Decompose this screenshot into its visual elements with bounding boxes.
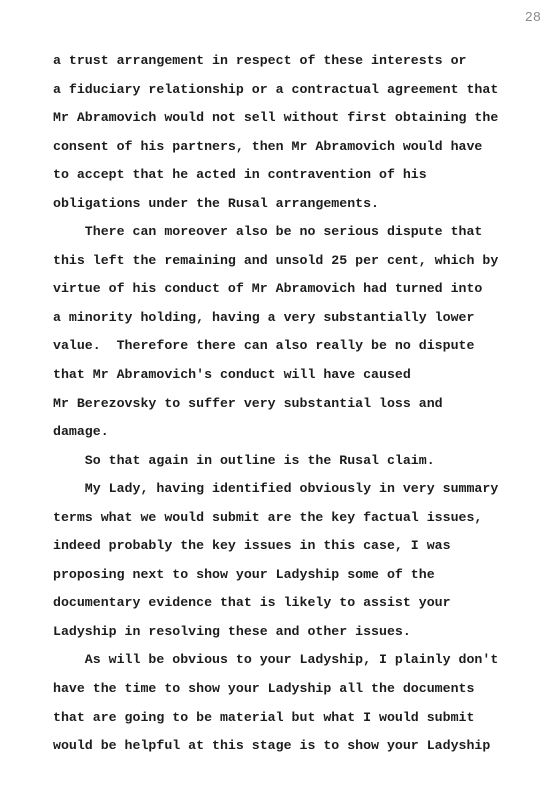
transcript-line: value. Therefore there can also really b… xyxy=(53,332,498,361)
transcript-line: virtue of his conduct of Mr Abramovich h… xyxy=(53,275,498,304)
transcript-body: a trust arrangement in respect of these … xyxy=(53,47,498,761)
transcript-line: a trust arrangement in respect of these … xyxy=(53,47,498,76)
transcript-line: terms what we would submit are the key f… xyxy=(53,504,498,533)
transcript-line: Mr Berezovsky to suffer very substantial… xyxy=(53,390,498,419)
page-number: 28 xyxy=(525,11,541,26)
transcript-line: As will be obvious to your Ladyship, I p… xyxy=(53,646,498,675)
transcript-line: documentary evidence that is likely to a… xyxy=(53,589,498,618)
transcript-line: My Lady, having identified obviously in … xyxy=(53,475,498,504)
transcript-line: a minority holding, having a very substa… xyxy=(53,304,498,333)
transcript-line: obligations under the Rusal arrangements… xyxy=(53,190,498,219)
transcript-line: damage. xyxy=(53,418,498,447)
transcript-line: There can moreover also be no serious di… xyxy=(53,218,498,247)
transcript-line: Mr Abramovich would not sell without fir… xyxy=(53,104,498,133)
transcript-page: 28 a trust arrangement in respect of the… xyxy=(0,0,558,789)
transcript-line: Ladyship in resolving these and other is… xyxy=(53,618,498,647)
transcript-line: to accept that he acted in contravention… xyxy=(53,161,498,190)
transcript-line: this left the remaining and unsold 25 pe… xyxy=(53,247,498,276)
transcript-line: indeed probably the key issues in this c… xyxy=(53,532,498,561)
transcript-line: would be helpful at this stage is to sho… xyxy=(53,732,498,761)
transcript-line: that are going to be material but what I… xyxy=(53,704,498,733)
transcript-line: So that again in outline is the Rusal cl… xyxy=(53,447,498,476)
transcript-line: a fiduciary relationship or a contractua… xyxy=(53,76,498,105)
transcript-line: that Mr Abramovich's conduct will have c… xyxy=(53,361,498,390)
transcript-line: proposing next to show your Ladyship som… xyxy=(53,561,498,590)
transcript-line: have the time to show your Ladyship all … xyxy=(53,675,498,704)
transcript-line: consent of his partners, then Mr Abramov… xyxy=(53,133,498,162)
